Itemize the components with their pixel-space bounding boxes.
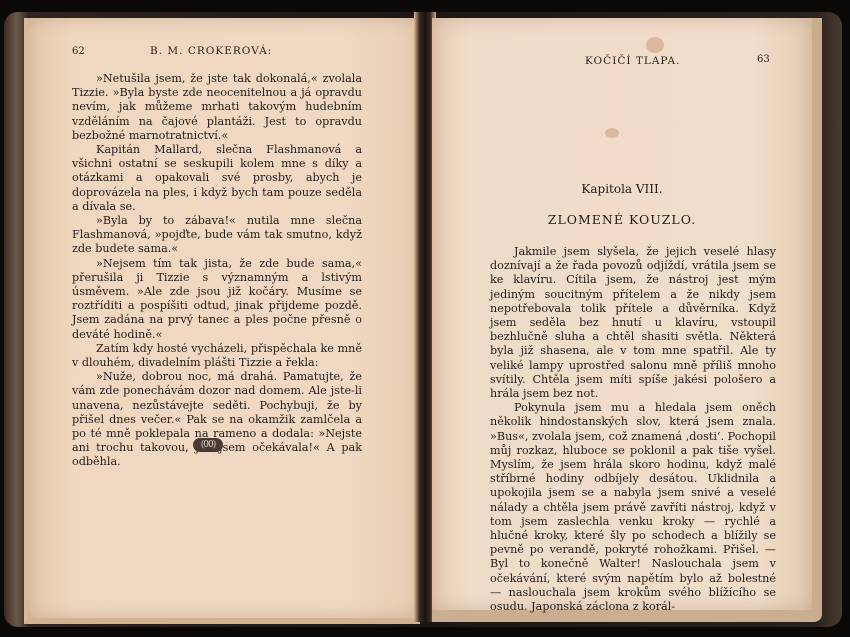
right-page-text: Jakmile jsem slyšela, že jejich veselé h… bbox=[490, 245, 776, 614]
chapter-title: ZLOMENÉ KOUZLO. bbox=[432, 212, 812, 227]
left-page-text: »Netušila jsem, že jste tak dokonalá,« z… bbox=[72, 72, 362, 470]
paragraph: Pokynula jsem mu a hledala jsem oněch ně… bbox=[490, 401, 776, 614]
left-running-head: B. M. CROKEROVÁ: bbox=[150, 45, 272, 57]
left-page-number: 62 bbox=[72, 46, 85, 57]
paragraph: Zatím kdy hosté vycházeli, přispěchala k… bbox=[72, 342, 362, 370]
paper-stain bbox=[605, 128, 619, 138]
right-page-number: 63 bbox=[757, 54, 770, 65]
paper-stain bbox=[646, 37, 664, 53]
end-ornament-icon: (00) bbox=[193, 438, 223, 452]
right-running-head: KOČIČÍ TLAPA. bbox=[585, 55, 680, 67]
paragraph: »Byla by to zábava!« nutila mne slečna F… bbox=[72, 214, 362, 257]
paragraph: Kapitán Mallard, slečna Flashmanová a vš… bbox=[72, 143, 362, 214]
chapter-number: Kapitola VIII. bbox=[432, 182, 812, 196]
paragraph: »Netušila jsem, že jste tak dokonalá,« z… bbox=[72, 72, 362, 143]
paragraph: Jakmile jsem slyšela, že jejich veselé h… bbox=[490, 245, 776, 401]
paragraph: »Nejsem tím tak jista, že zde bude sama,… bbox=[72, 257, 362, 342]
paragraph: »Nuže, dobrou noc, má drahá. Pamatujte, … bbox=[72, 370, 362, 469]
